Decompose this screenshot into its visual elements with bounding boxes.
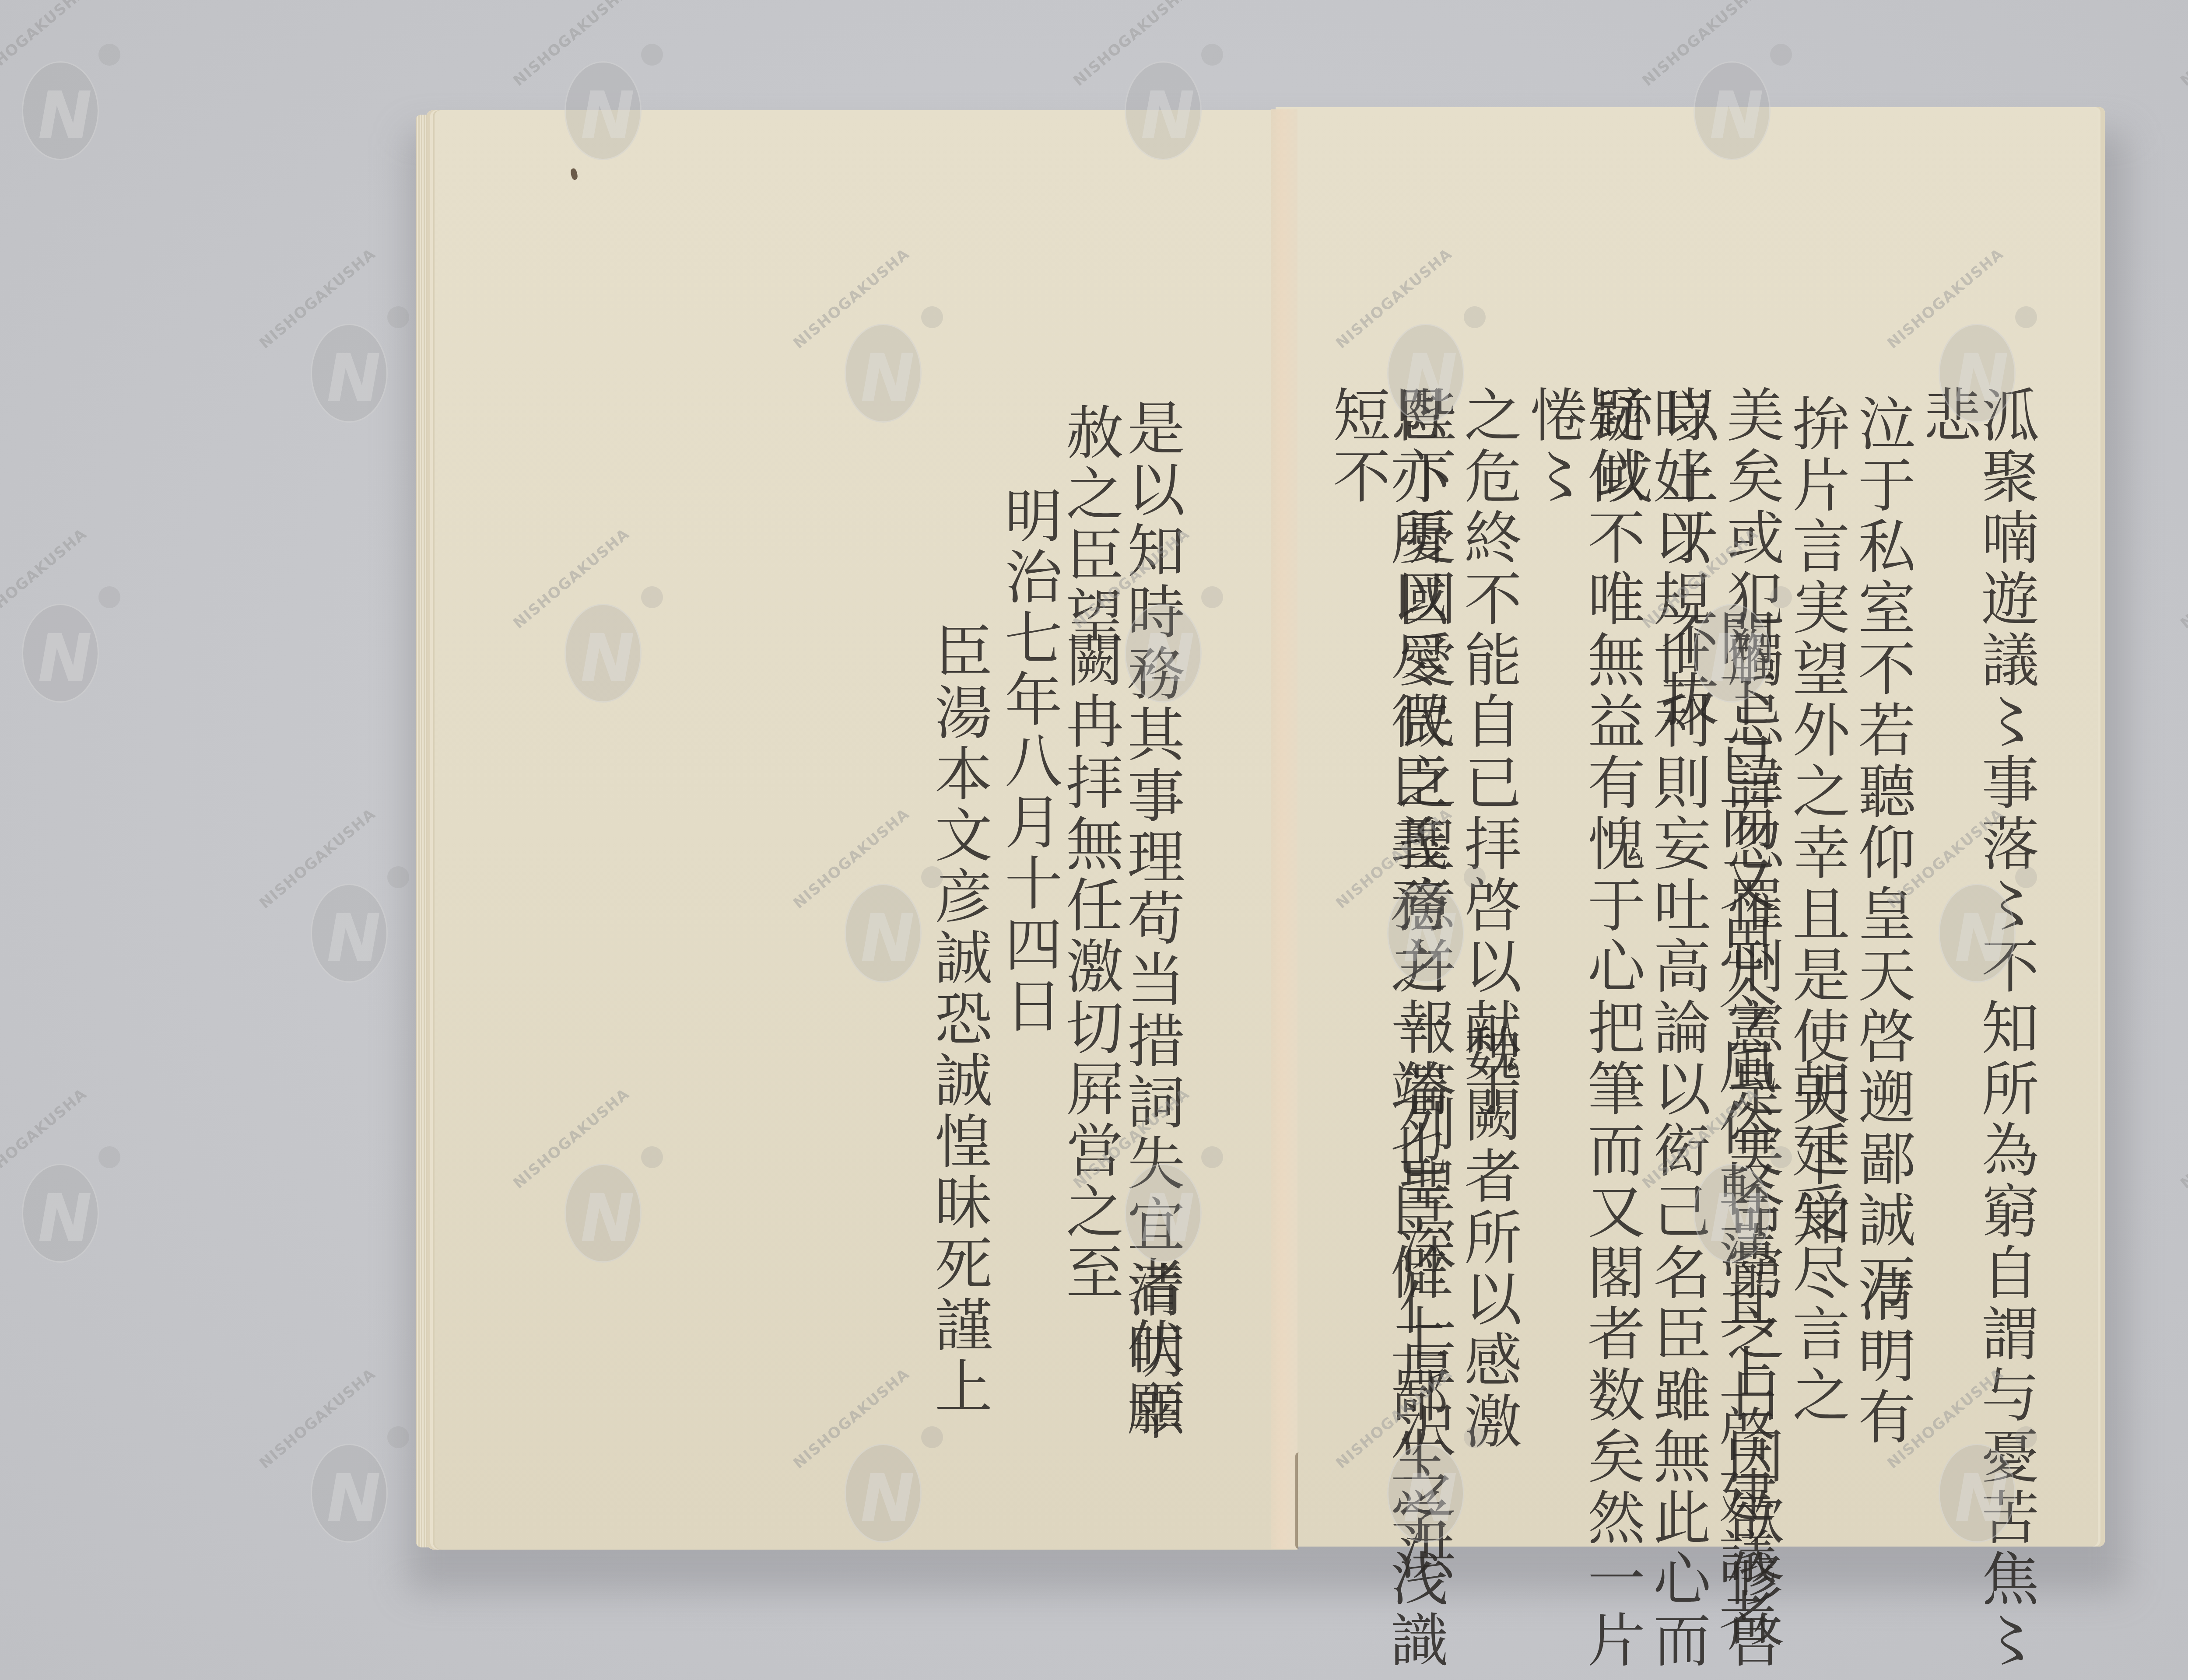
watermark-dot-icon — [98, 44, 120, 66]
watermark-dot-icon — [921, 866, 943, 888]
watermark-n-logo-icon: N — [1134, 1186, 1201, 1251]
text-column: 疑似不唯無益有愧于心把筆而又閣者数矣然一片惓〻 — [1525, 385, 1640, 1680]
watermark-dot-icon — [2015, 1426, 2037, 1448]
watermark-n-logo-icon: N — [1703, 626, 1770, 691]
watermark-n-logo-icon: N — [32, 83, 98, 149]
watermark-dot-icon — [641, 1146, 663, 1168]
watermark-dot-icon — [641, 44, 663, 66]
watermark-dot-icon — [387, 866, 409, 888]
text-column: 魏闕者所以感激 — [1459, 1024, 1517, 1452]
nishogakusha-watermark: N NISHOGAKUSHA — [823, 1409, 954, 1540]
nishogakusha-watermark: N NISHOGAKUSHA — [543, 569, 674, 700]
watermark-text: NISHOGAKUSHA — [2177, 0, 2188, 90]
watermark-n-logo-icon: N — [1397, 906, 1463, 971]
nishogakusha-watermark: N NISHOGAKUSHA — [1917, 289, 2048, 420]
watermark-n-logo-icon: N — [574, 83, 641, 149]
watermark-n-logo-icon: N — [1397, 1466, 1463, 1531]
watermark-dot-icon — [1201, 44, 1223, 66]
watermark-dot-icon — [1770, 44, 1792, 66]
watermark-n-logo-icon: N — [574, 626, 641, 691]
watermark-n-logo-icon: N — [320, 906, 387, 971]
watermark-dot-icon — [1201, 1146, 1223, 1168]
watermark-dot-icon — [1464, 1426, 1486, 1448]
nishogakusha-watermark: N NISHOGAKUSHA — [1365, 1409, 1497, 1540]
nishogakusha-watermark: N NISHOGAKUSHA — [1672, 26, 1803, 157]
watermark-n-logo-icon: N — [574, 1186, 641, 1251]
watermark-dot-icon — [387, 306, 409, 328]
watermark-dot-icon — [98, 1146, 120, 1168]
date-column: 明治七年八月十四日 — [999, 486, 1057, 1037]
watermark-text: NISHOGAKUSHA — [2177, 1085, 2188, 1192]
nishogakusha-watermark: N NISHOGAKUSHA — [1103, 569, 1234, 700]
watermark-n-logo-icon: N — [32, 626, 98, 691]
watermark-n-logo-icon: N — [1134, 83, 1201, 149]
watermark-n-logo-icon: N — [1948, 1466, 2015, 1531]
nishogakusha-watermark: N NISHOGAKUSHA — [289, 1409, 420, 1540]
text-column: 之危終不能自已拝啓以献于 — [1459, 385, 1517, 1120]
paper-tear — [1295, 1452, 1315, 1549]
author-signature-column: 臣湯本文彦誠恐誠惶昧死謹上 — [929, 621, 987, 1417]
nishogakusha-watermark: N NISHOGAKUSHA — [823, 849, 954, 980]
watermark-dot-icon — [1770, 1146, 1792, 1168]
watermark-dot-icon — [641, 586, 663, 608]
nishogakusha-watermark: N NISHOGAKUSHA — [289, 289, 420, 420]
nishogakusha-watermark: N NISHOGAKUSHA — [1917, 1409, 2048, 1540]
watermark-dot-icon — [387, 1426, 409, 1448]
watermark-n-logo-icon: N — [320, 346, 387, 411]
book-gutter — [1271, 109, 1297, 1549]
watermark-n-logo-icon: N — [32, 1186, 98, 1251]
nishogakusha-watermark: N NISHOGAKUSHA — [0, 26, 131, 157]
watermark-dot-icon — [1770, 586, 1792, 608]
watermark-n-logo-icon: N — [854, 346, 921, 411]
nishogakusha-watermark: N NISHOGAKUSHA — [543, 26, 674, 157]
nishogakusha-watermark: N NISHOGAKUSHA — [1672, 569, 1803, 700]
watermark-n-logo-icon: N — [1134, 626, 1201, 691]
watermark-dot-icon — [921, 1426, 943, 1448]
nishogakusha-watermark: N NISHOGAKUSHA — [289, 849, 420, 980]
nishogakusha-watermark: N NISHOGAKUSHA — [1672, 1129, 1803, 1260]
watermark-dot-icon — [921, 306, 943, 328]
watermark-n-logo-icon: N — [1948, 906, 2015, 971]
watermark-dot-icon — [2015, 866, 2037, 888]
text-column: 清明有 — [1853, 1264, 1911, 1448]
nishogakusha-watermark: N NISHOGAKUSHA — [823, 289, 954, 420]
watermark-n-logo-icon: N — [1703, 1186, 1770, 1251]
nishogakusha-watermark: N NISHOGAKUSHA — [1917, 849, 2048, 980]
nishogakusha-watermark: N NISHOGAKUSHA — [543, 1129, 674, 1260]
signature-column: 清明幸 — [1122, 1260, 1180, 1444]
watermark-n-logo-icon: N — [854, 1466, 921, 1531]
watermark-n-logo-icon: N — [1948, 346, 2015, 411]
nishogakusha-watermark: N NISHOGAKUSHA — [0, 1129, 131, 1260]
nishogakusha-watermark: N NISHOGAKUSHA — [1103, 26, 1234, 157]
watermark-dot-icon — [2015, 306, 2037, 328]
watermark-dot-icon — [1464, 306, 1486, 328]
nishogakusha-watermark: N NISHOGAKUSHA — [1365, 849, 1497, 980]
nishogakusha-watermark: N NISHOGAKUSHA — [1103, 1129, 1234, 1260]
watermark-n-logo-icon: N — [1397, 346, 1463, 411]
nishogakusha-watermark: N NISHOGAKUSHA — [1365, 289, 1497, 420]
watermark-n-logo-icon: N — [320, 1466, 387, 1531]
watermark-dot-icon — [1464, 866, 1486, 888]
watermark-dot-icon — [98, 586, 120, 608]
watermark-n-logo-icon: N — [854, 906, 921, 971]
watermark-n-logo-icon: N — [1703, 83, 1770, 149]
watermark-dot-icon — [1201, 586, 1223, 608]
watermark-text: NISHOGAKUSHA — [2177, 525, 2188, 632]
nishogakusha-watermark: N NISHOGAKUSHA — [0, 569, 131, 700]
